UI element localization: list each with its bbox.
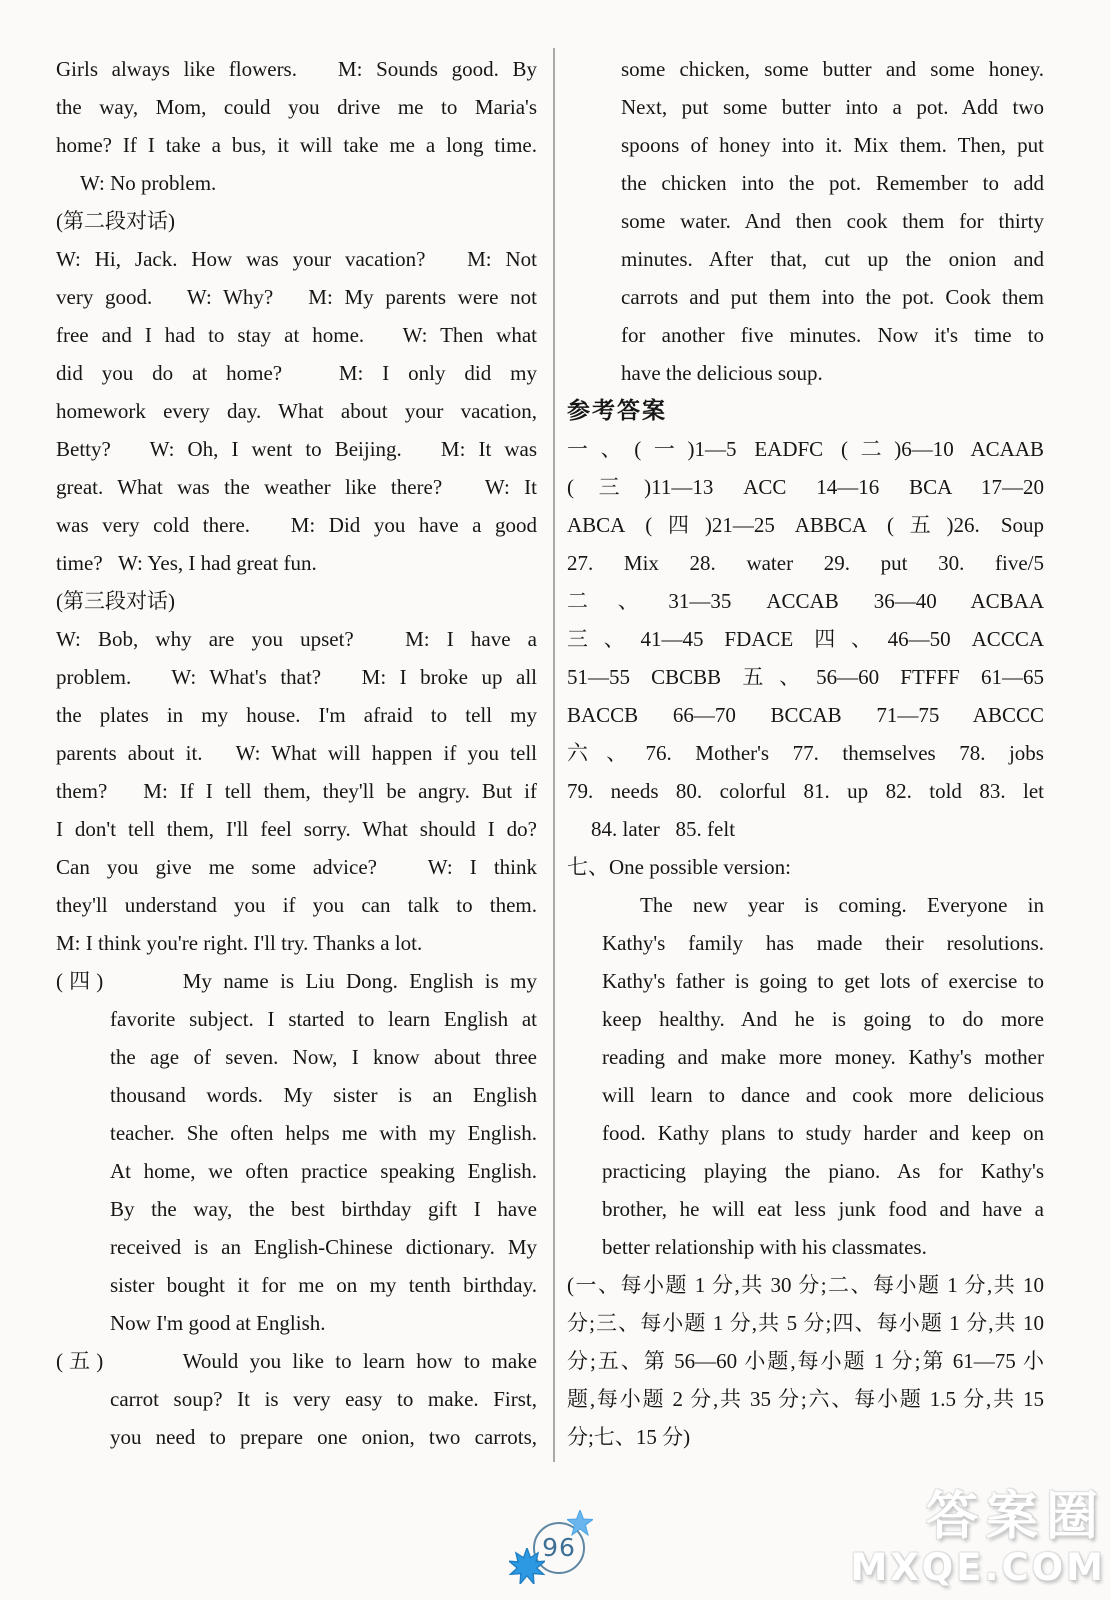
text-line: Next, put some butter into a pot. Add tw…: [567, 88, 1044, 126]
text-line: 79. needs 80. colorful 81. up 82. told 8…: [567, 772, 1044, 810]
text-line: them? M: If I tell them, they'll be angr…: [56, 772, 537, 810]
text-line: W: Hi, Jack. How was your vacation? M: N…: [56, 240, 537, 278]
text-line: 六、76. Mother's 77. themselves 78. jobs: [567, 734, 1044, 772]
text-line: W: Bob, why are you upset? M: I have a: [56, 620, 537, 658]
star-leaf-icon: [567, 1510, 593, 1536]
text-line: 一、(一)1—5 EADFC (二)6—10 ACAAB: [567, 430, 1044, 468]
column-divider-line: [553, 48, 555, 1462]
text-line: the way, Mom, could you drive me to Mari…: [56, 88, 537, 126]
text-line: great. What was the weather like there? …: [56, 468, 537, 506]
text-line: sister bought it for me on my tenth birt…: [56, 1266, 537, 1304]
text-line: 51—55 CBCBB 五、56—60 FTFFF 61—65: [567, 658, 1044, 696]
text-line: ABCA (四)21—25 ABBCA (五)26. Soup: [567, 506, 1044, 544]
text-line: carrots and put them into the pot. Cook …: [567, 278, 1044, 316]
text-line: minutes. After that, cut up the onion an…: [567, 240, 1044, 278]
text-line: for another five minutes. Now it's time …: [567, 316, 1044, 354]
text-line: 七、One possible version:: [567, 848, 1044, 886]
text-line: 三、41—45 FDACE 四、46—50 ACCCA: [567, 620, 1044, 658]
text-line: 分;五、第 56—60 小题,每小题 1 分;第 61—75 小: [567, 1342, 1044, 1380]
text-line: M: I think you're right. I'll try. Thank…: [56, 924, 537, 962]
text-line: spoons of honey into it. Mix them. Then,…: [567, 126, 1044, 164]
text-line: teacher. She often helps me with my Engl…: [56, 1114, 537, 1152]
text-line: they'll understand you if you can talk t…: [56, 886, 537, 924]
right-column: some chicken, some butter and some honey…: [567, 50, 1044, 1456]
text-line: (三)11—13 ACC 14—16 BCA 17—20: [567, 468, 1044, 506]
text-line: time? W: Yes, I had great fun.: [56, 544, 537, 582]
text-line: 题,每小题 2 分,共 35 分;六、每小题 1.5 分,共 15: [567, 1380, 1044, 1418]
text-line: food. Kathy plans to study harder and ke…: [567, 1114, 1044, 1152]
text-line: some chicken, some butter and some honey…: [567, 50, 1044, 88]
text-line: Kathy's father is going to get lots of e…: [567, 962, 1044, 1000]
text-line: will learn to dance and cook more delici…: [567, 1076, 1044, 1114]
text-line: By the way, the best birthday gift I hav…: [56, 1190, 537, 1228]
text-line: (第二段对话): [56, 202, 537, 240]
text-line: better relationship with his classmates.: [567, 1228, 1044, 1266]
text-line: some water. And then cook them for thirt…: [567, 202, 1044, 240]
text-line: 分;七、15 分): [567, 1418, 1044, 1456]
text-line: 二、31—35 ACCAB 36—40 ACBAA: [567, 582, 1044, 620]
text-line: received is an English-Chinese dictionar…: [56, 1228, 537, 1266]
text-line: (第三段对话): [56, 582, 537, 620]
watermark-domain: MXQE.COM: [846, 1546, 1106, 1590]
text-line: 分;三、每小题 1 分,共 5 分;四、每小题 1 分,共 10: [567, 1304, 1044, 1342]
text-line: Betty? W: Oh, I went to Beijing. M: It w…: [56, 430, 537, 468]
text-line: I don't tell them, I'll feel sorry. What…: [56, 810, 537, 848]
text-line: very good. W: Why? M: My parents were no…: [56, 278, 537, 316]
text-line: free and I had to stay at home. W: Then …: [56, 316, 537, 354]
text-line: home? If I take a bus, it will take me a…: [56, 126, 537, 164]
text-line: carrot soup? It is very easy to make. Fi…: [56, 1380, 537, 1418]
left-column: Girls always like flowers. M: Sounds goo…: [56, 50, 537, 1456]
text-line: thousand words. My sister is an English: [56, 1076, 537, 1114]
text-line: 27. Mix 28. water 29. put 30. five/5: [567, 544, 1044, 582]
text-line: favorite subject. I started to learn Eng…: [56, 1000, 537, 1038]
maple-leaf-icon: [509, 1548, 545, 1584]
watermark: 答案圈 MXQE.COM: [846, 1488, 1106, 1590]
scanned-answer-page: Girls always like flowers. M: Sounds goo…: [0, 0, 1110, 1600]
text-line: At home, we often practice speaking Engl…: [56, 1152, 537, 1190]
text-line: The new year is coming. Everyone in: [567, 886, 1044, 924]
text-line: Kathy's family has made their resolution…: [567, 924, 1044, 962]
text-line: (五) Would you like to learn how to make: [56, 1342, 537, 1380]
text-line: BACCB 66—70 BCCAB 71—75 ABCCC: [567, 696, 1044, 734]
text-line: practicing playing the piano. As for Kat…: [567, 1152, 1044, 1190]
text-line: parents about it. W: What will happen if…: [56, 734, 537, 772]
text-line: (一、每小题 1 分,共 30 分;二、每小题 1 分,共 10: [567, 1266, 1044, 1304]
text-line: W: No problem.: [56, 164, 537, 202]
text-line: homework every day. What about your vaca…: [56, 392, 537, 430]
text-line: (四) My name is Liu Dong. English is my: [56, 962, 537, 1000]
text-line: Girls always like flowers. M: Sounds goo…: [56, 50, 537, 88]
text-line: the plates in my house. I'm afraid to te…: [56, 696, 537, 734]
text-line: the age of seven. Now, I know about thre…: [56, 1038, 537, 1076]
text-line: Now I'm good at English.: [56, 1304, 537, 1342]
text-line: 84. later 85. felt: [567, 810, 1044, 848]
text-line: the chicken into the pot. Remember to ad…: [567, 164, 1044, 202]
text-line: you need to prepare one onion, two carro…: [56, 1418, 537, 1456]
watermark-brand: 答案圈: [846, 1488, 1106, 1546]
text-line: have the delicious soup.: [567, 354, 1044, 392]
text-line: did you do at home? M: I only did my: [56, 354, 537, 392]
text-line: 参考答案: [567, 392, 1044, 430]
page-number-badge: 96: [505, 1508, 605, 1593]
text-line: keep healthy. And he is going to do more: [567, 1000, 1044, 1038]
text-line: Can you give me some advice? W: I think: [56, 848, 537, 886]
text-line: was very cold there. M: Did you have a g…: [56, 506, 537, 544]
text-line: problem. W: What's that? M: I broke up a…: [56, 658, 537, 696]
text-line: reading and make more money. Kathy's mot…: [567, 1038, 1044, 1076]
text-line: brother, he will eat less junk food and …: [567, 1190, 1044, 1228]
